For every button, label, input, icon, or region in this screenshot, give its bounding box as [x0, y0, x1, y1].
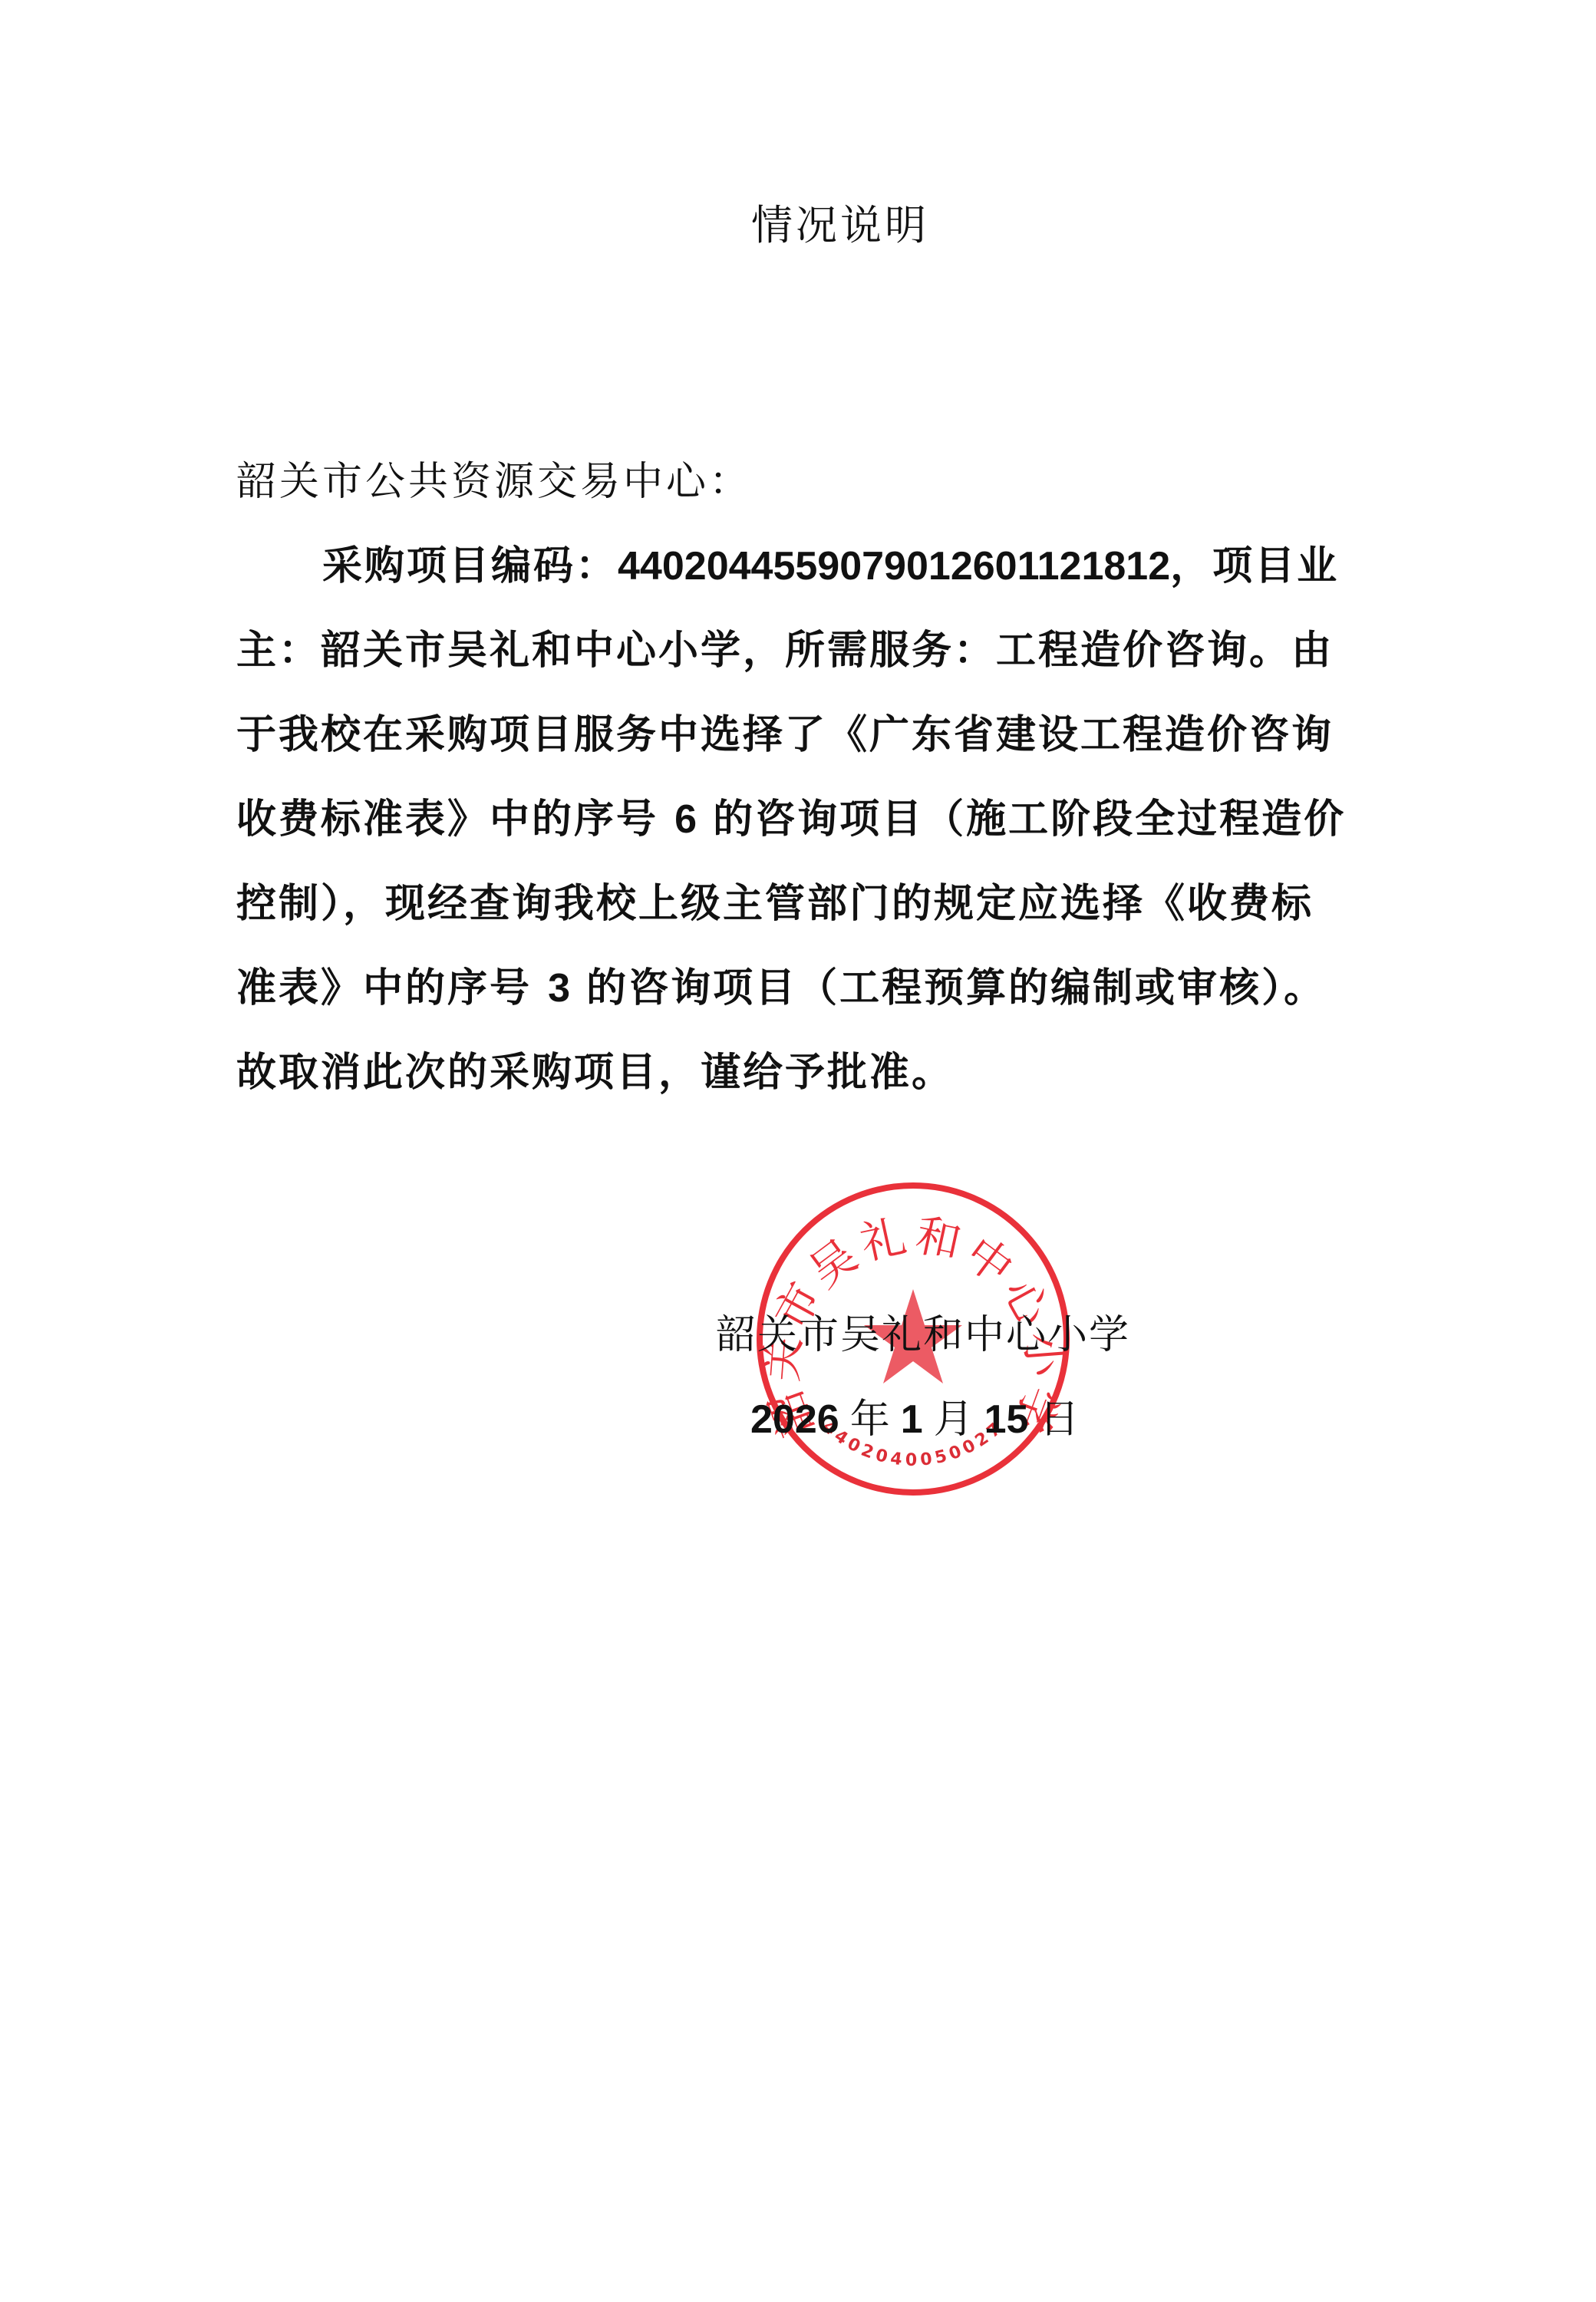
body-line: 收费标准表》中的序号 6 的咨询项目（施工阶段全过程造价: [236, 795, 1364, 879]
body-text: 故取消此次的采购项目，谨给予批准。: [236, 1050, 954, 1096]
document-title: 情况说明: [0, 201, 1596, 250]
body-paragraph: 采购项目编码：4402044559079012601121812，项目业 主：韶…: [236, 542, 1364, 1133]
date-year-label: 年: [850, 1397, 890, 1443]
body-line: 故取消此次的采购项目，谨给予批准。: [236, 1048, 1364, 1133]
signature-date: 2026年1月15日: [750, 1395, 1090, 1444]
procurement-code: 4402044559079012601121812: [618, 544, 1170, 589]
body-line: 主：韶关市吴礼和中心小学，所需服务：工程造价咨询。由: [236, 626, 1364, 711]
body-text: 的咨询项目（施工阶段全过程造价: [697, 796, 1346, 843]
body-text: 收费标准表》中的序号: [236, 796, 674, 843]
body-line: 采购项目编码：4402044559079012601121812，项目业: [236, 542, 1364, 626]
date-month-label: 月: [934, 1397, 974, 1443]
body-text: 采购项目编码：: [322, 543, 618, 589]
addressee-line: 韶关市公共资源交易中心：: [236, 457, 752, 506]
document-page: 情况说明 韶关市公共资源交易中心： 采购项目编码：440204455907901…: [0, 0, 1596, 2302]
body-text: 控制），现经查询我校上级主管部门的规定应选择《收费标: [236, 881, 1314, 927]
body-text: 准表》中的序号: [236, 965, 548, 1011]
correct-item-number: 3: [548, 966, 570, 1011]
signature-organization: 韶关市吴礼和中心小学: [716, 1311, 1130, 1360]
body-line: 控制），现经查询我校上级主管部门的规定应选择《收费标: [236, 879, 1364, 964]
selected-item-number: 6: [674, 797, 697, 842]
body-text: 于我校在采购项目服务中选择了《广东省建设工程造价咨询: [236, 712, 1334, 758]
body-text: ，项目业: [1170, 543, 1339, 589]
body-text: 主：韶关市吴礼和中心小学，所需服务：工程造价咨询。由: [236, 628, 1334, 674]
date-year: 2026: [750, 1397, 839, 1442]
body-line: 于我校在采购项目服务中选择了《广东省建设工程造价咨询: [236, 711, 1364, 795]
date-month: 1: [901, 1397, 923, 1442]
date-day: 15: [984, 1397, 1029, 1442]
date-day-label: 日: [1039, 1397, 1079, 1443]
body-line: 准表》中的序号 3 的咨询项目（工程预算的编制或审核）。: [236, 964, 1364, 1048]
body-text: 的咨询项目（工程预算的编制或审核）。: [570, 965, 1326, 1011]
